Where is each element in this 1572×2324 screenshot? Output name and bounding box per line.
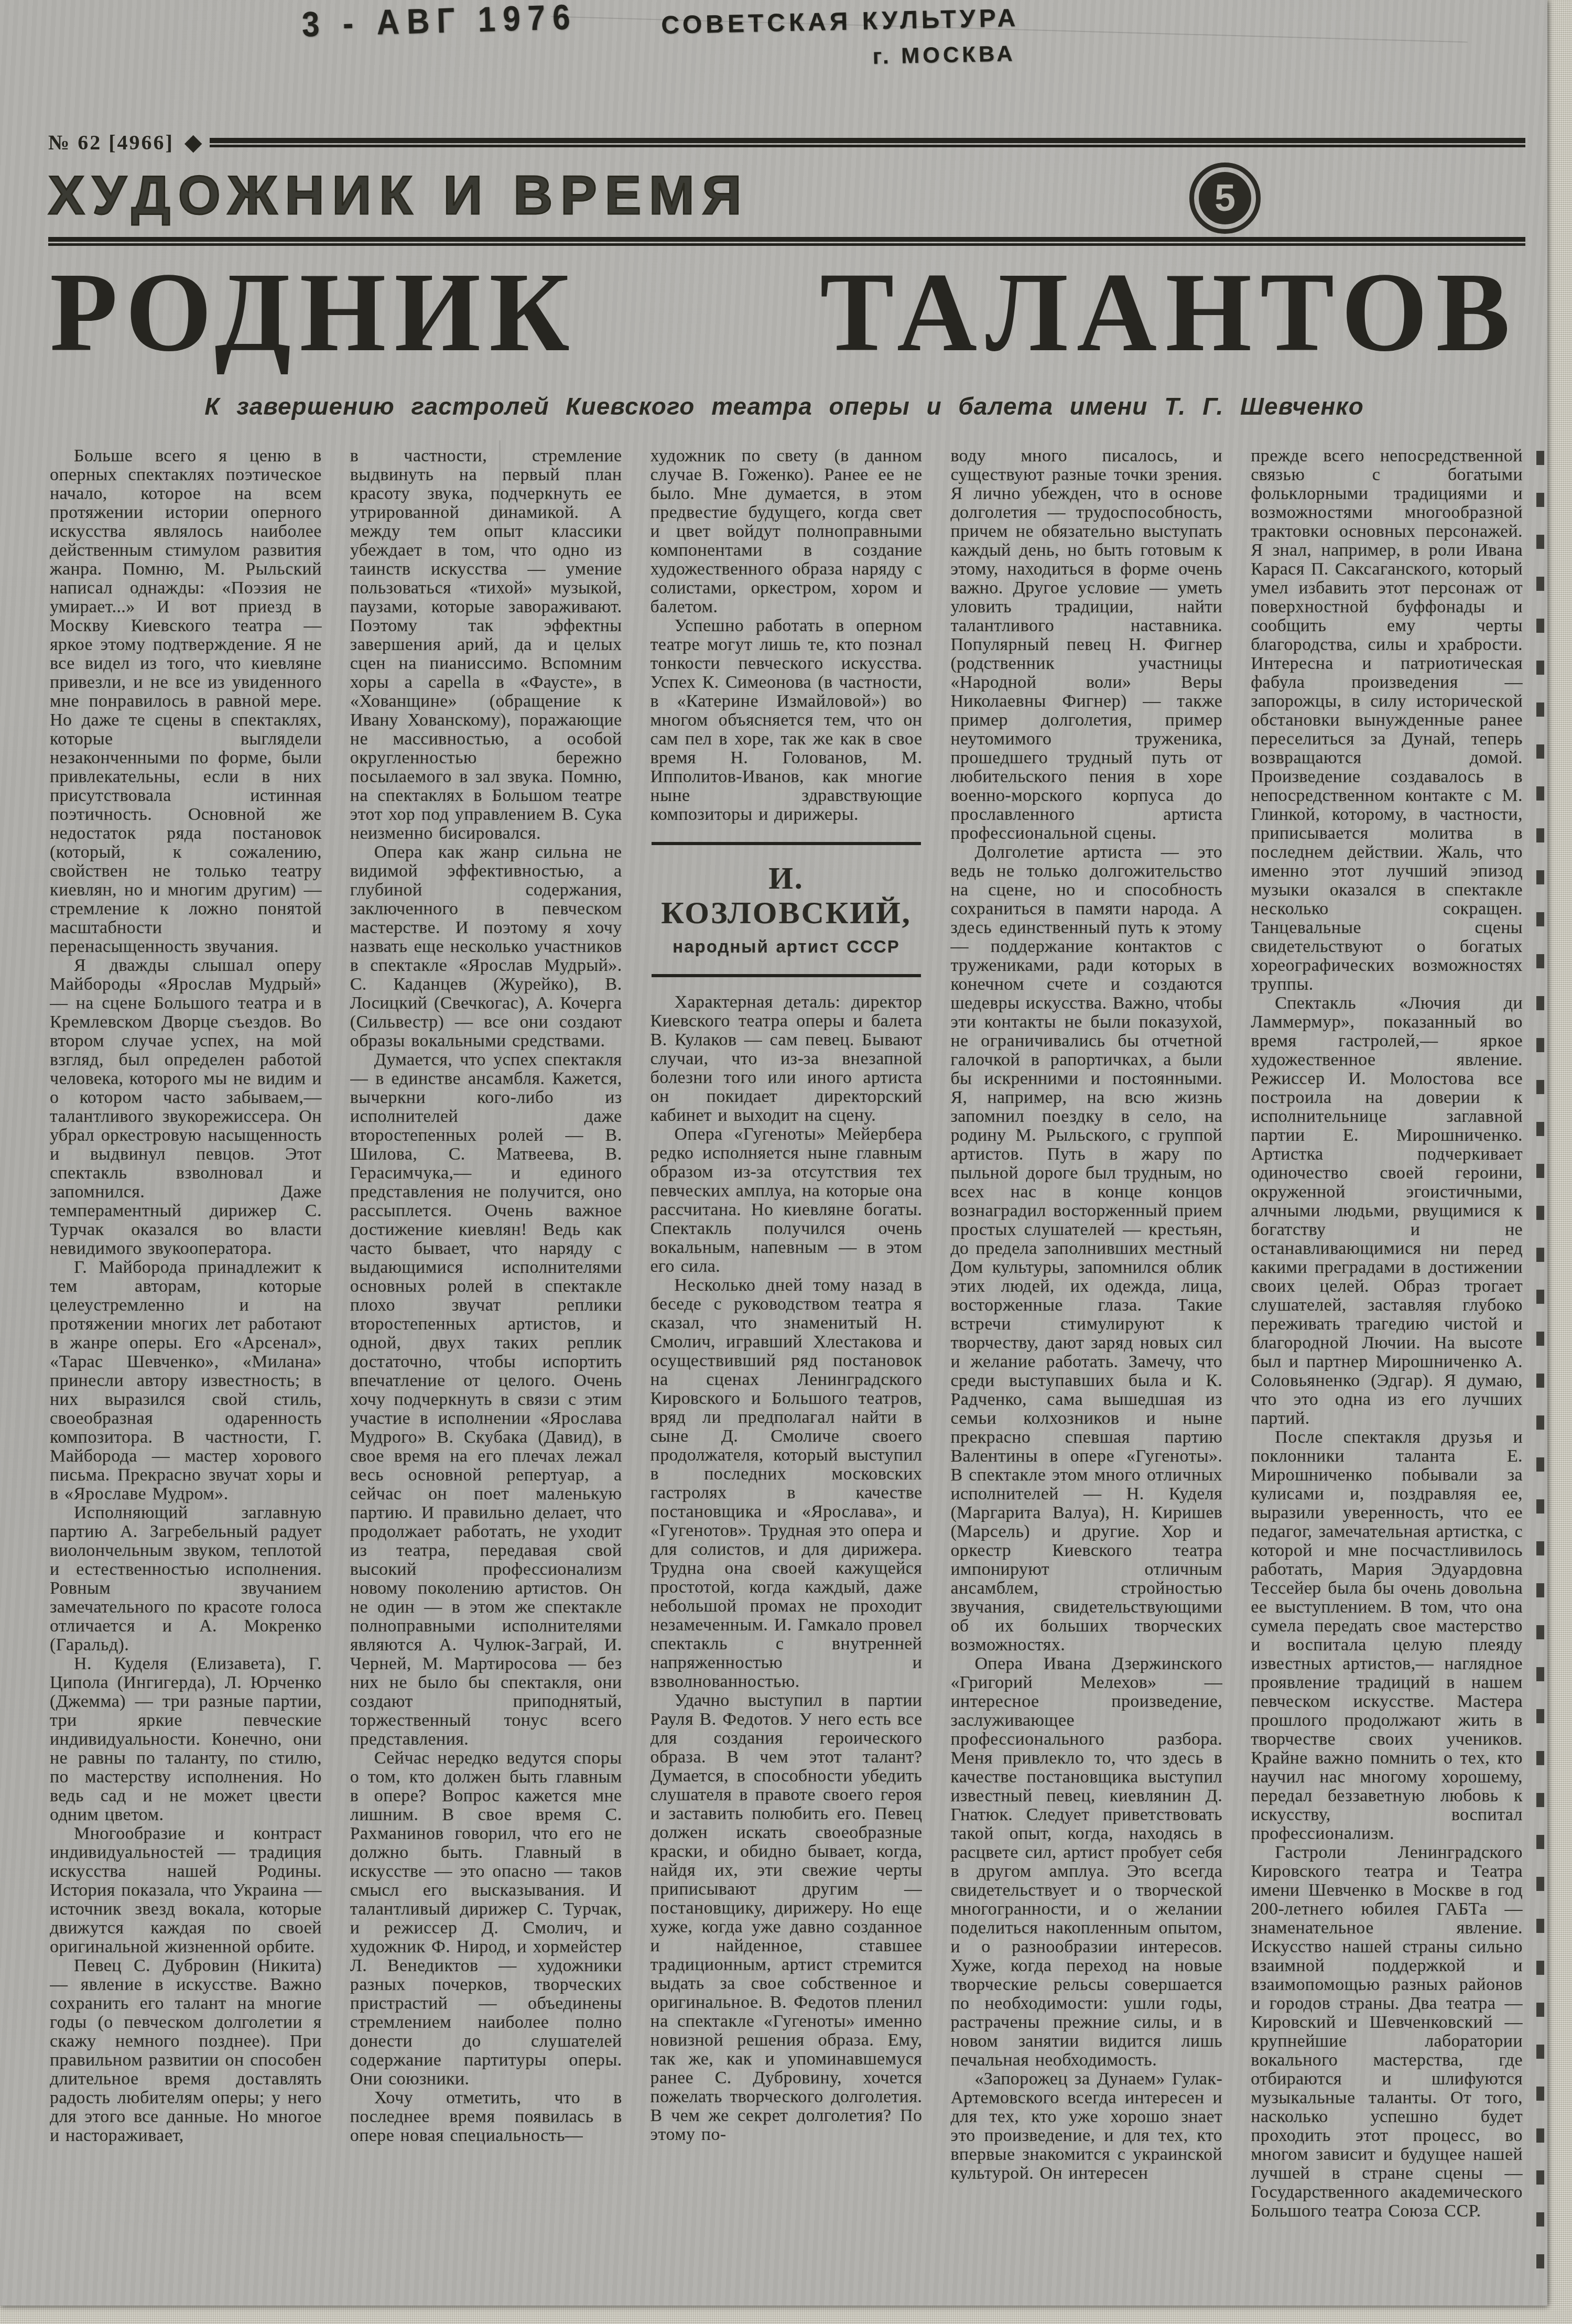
paragraph: Многообразие и контраст индивидуальносте… — [50, 1824, 322, 1957]
stamp-org-city: г. МОСКВА — [662, 41, 1016, 73]
paragraph: воду много писалось, и существуют разные… — [950, 447, 1222, 843]
paragraph: художник по свету (в данном случае В. Го… — [651, 447, 923, 617]
newspaper-page: 3 - АВГ 1976 СОВЕТСКАЯ КУЛЬТУРА г. МОСКВ… — [0, 0, 1547, 2306]
paragraph: Спектакль «Лючия ди Ламмермур», показанн… — [1251, 994, 1523, 1428]
paragraph: в частности, стремление выдвинуть на пер… — [350, 447, 622, 843]
issue-row: № 62 [4966] ◆ — [48, 130, 1525, 155]
divider-rule — [48, 237, 1525, 246]
article-columns: Больше всего я ценю в оперных спектаклях… — [50, 447, 1523, 2293]
paragraph: Гастроли Ленинградского Кировского театр… — [1251, 1843, 1523, 2221]
paragraph: Долголетие артиста — это ведь не только … — [950, 843, 1222, 1655]
fold-marks — [1536, 451, 1544, 2292]
organization-stamp: СОВЕТСКАЯ КУЛЬТУРА г. МОСКВА — [661, 4, 1020, 73]
headline-word-1: РОДНИК — [50, 255, 578, 371]
column-1: Больше всего я ценю в оперных спектаклях… — [50, 447, 322, 2293]
headline: РОДНИК ТАЛАНТОВ — [50, 255, 1519, 371]
column-3: художник по свету (в данном случае В. Го… — [651, 447, 923, 2293]
paragraph: Сейчас нередко ведутся споры о том, кто … — [350, 1749, 622, 2089]
byline-name: И. КОЗЛОВСКИЙ, — [652, 861, 921, 930]
paragraph: Исполняющий заглавную партию А. Загребел… — [50, 1504, 322, 1655]
paragraph: Г. Майборода принадлежит к тем авторам, … — [50, 1258, 322, 1504]
date-stamp: 3 - АВГ 1976 — [301, 0, 578, 45]
issue-number: № 62 [4966] — [48, 130, 174, 155]
subtitle: К завершению гастролей Киевского театра … — [52, 392, 1516, 420]
paragraph: Удачно выступил в партии Рауля В. Федото… — [651, 1691, 923, 2144]
paragraph: Успешно работать в оперном театре могут … — [651, 617, 923, 824]
byline-title: народный артист СССР — [652, 937, 921, 956]
diamond-icon: ◆ — [185, 131, 202, 154]
paragraph: Характерная деталь: директор Киевского т… — [651, 993, 923, 1125]
stamp-org-name: СОВЕТСКАЯ КУЛЬТУРА — [661, 4, 1020, 40]
paper-crease — [499, 440, 501, 1227]
paragraph: После спектакля друзья и поклонники тала… — [1251, 1428, 1523, 1843]
paragraph: прежде всего непосредственной связью с б… — [1251, 447, 1523, 994]
column-5: прежде всего непосредственной связью с б… — [1251, 447, 1523, 2293]
page-number-badge: 5 — [1189, 163, 1261, 234]
section-title: ХУДОЖНИК И ВРЕМЯ — [48, 156, 1525, 235]
page-number: 5 — [1215, 179, 1235, 217]
paragraph: Н. Куделя (Елизавета), Г. Ципола (Ингиге… — [50, 1655, 322, 1824]
paragraph: Опера Ивана Дзержинского «Григорий Мелех… — [950, 1655, 1222, 2070]
paragraph: Больше всего я ценю в оперных спектаклях… — [50, 447, 322, 956]
section-band: ХУДОЖНИК И ВРЕМЯ 5 — [48, 156, 1525, 240]
paragraph: Певец С. Дубровин (Никита) — явление в и… — [50, 1957, 322, 2145]
paragraph: Думается, что успех спектакля — в единст… — [350, 1051, 622, 1749]
page-number-disc: 5 — [1199, 172, 1251, 224]
column-2: в частности, стремление выдвинуть на пер… — [350, 447, 622, 2293]
issue-rule — [210, 138, 1525, 147]
scan-background: 3 - АВГ 1976 СОВЕТСКАЯ КУЛЬТУРА г. МОСКВ… — [0, 0, 1572, 2324]
paragraph: Опера как жанр сильна не видимой эффекти… — [350, 843, 622, 1051]
paragraph: Несколько дней тому назад в беседе с рук… — [651, 1276, 923, 1691]
paragraph: Опера «Гугеноты» Мейербера редко исполня… — [651, 1125, 923, 1276]
paragraph: «Запорожец за Дунаем» Гулак-Артемовского… — [950, 2070, 1222, 2183]
column-4: воду много писалось, и существуют разные… — [950, 447, 1222, 2293]
paragraph: Хочу отметить, что в последнее время поя… — [350, 2089, 622, 2145]
byline-block: И. КОЗЛОВСКИЙ,народный артист СССР — [652, 842, 921, 977]
paragraph: Я дважды слышал оперу Майбороды «Ярослав… — [50, 956, 322, 1258]
headline-word-2: ТАЛАНТОВ — [820, 255, 1519, 371]
